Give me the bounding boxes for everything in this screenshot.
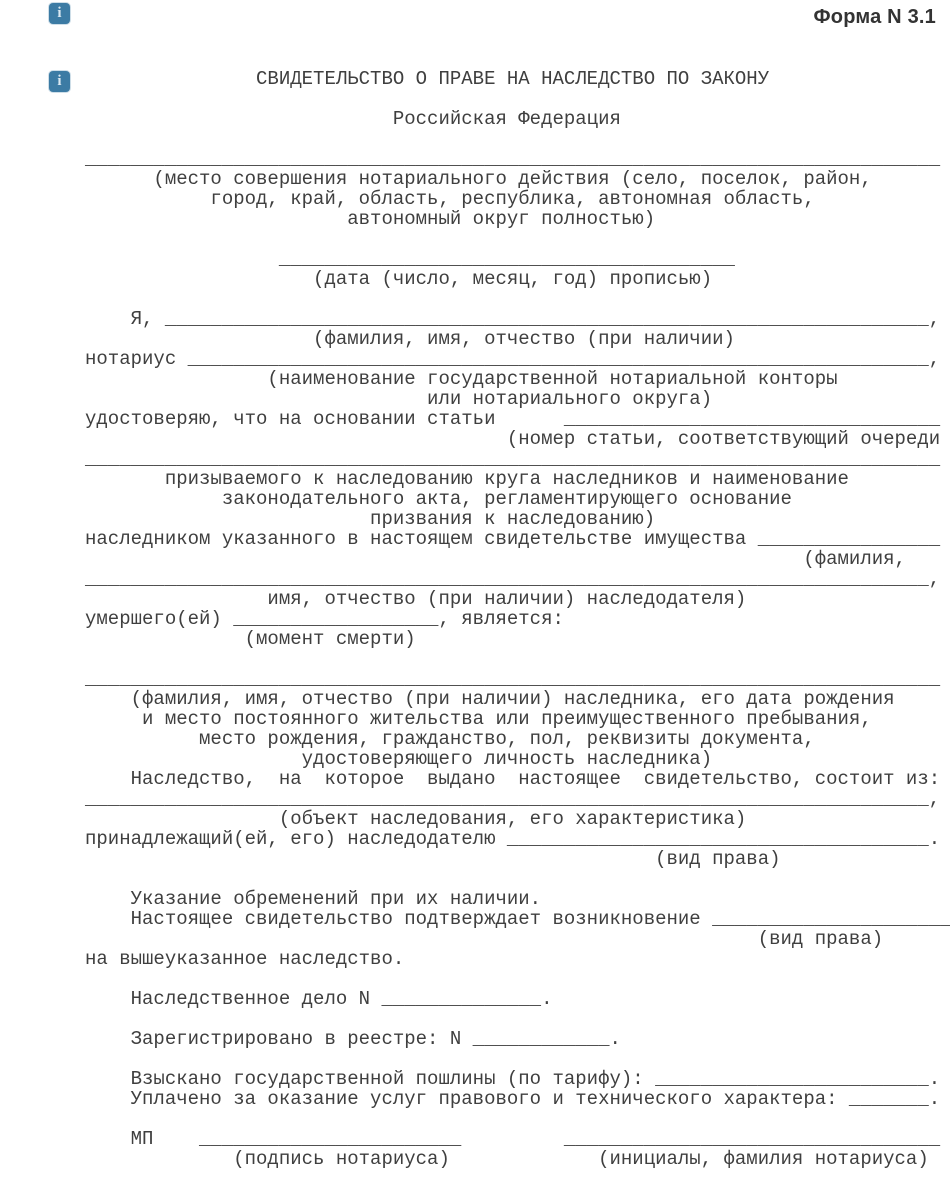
form-line: (вид права) xyxy=(85,929,950,949)
form-number-label: Форма N 3.1 xyxy=(814,6,936,29)
form-line: и место постоянного жительства или преим… xyxy=(85,709,950,729)
form-line: принадлежащий(ей, его) наследодателю ___… xyxy=(85,829,950,849)
form-line: имя, отчество (при наличии) наследодател… xyxy=(85,589,950,609)
form-line: законодательного акта, регламентирующего… xyxy=(85,489,950,509)
form-line: (фамилия, имя, отчество (при наличии) xyxy=(85,329,950,349)
form-line xyxy=(85,869,950,889)
form-line: (фамилия, xyxy=(85,549,950,569)
form-line: Указание обременений при их наличии. xyxy=(85,889,950,909)
form-line: ________________________________________ xyxy=(85,249,950,269)
form-line: ________________________________________… xyxy=(85,669,950,689)
form-line: (место совершения нотариального действия… xyxy=(85,169,950,189)
form-line: удостоверяющего личность наследника) xyxy=(85,749,950,769)
form-line: автономный округ полностью) xyxy=(85,209,950,229)
form-line: ________________________________________… xyxy=(85,569,950,589)
document-body: СВИДЕТЕЛЬСТВО О ПРАВЕ НА НАСЛЕДСТВО ПО З… xyxy=(85,69,950,1169)
form-line: или нотариального округа) xyxy=(85,389,950,409)
form-line: (момент смерти) xyxy=(85,629,950,649)
form-line: место рождения, гражданство, пол, реквиз… xyxy=(85,729,950,749)
form-line: ________________________________________… xyxy=(85,449,950,469)
form-line: на вышеуказанное наследство. xyxy=(85,949,950,969)
form-line: ________________________________________… xyxy=(85,149,950,169)
form-line xyxy=(85,1109,950,1129)
form-line: призвания к наследованию) xyxy=(85,509,950,529)
form-line: ________________________________________… xyxy=(85,789,950,809)
form-line xyxy=(85,229,950,249)
form-line: Зарегистрировано в реестре: N __________… xyxy=(85,1029,950,1049)
form-line: Настоящее свидетельство подтверждает воз… xyxy=(85,909,950,929)
form-line: нотариус _______________________________… xyxy=(85,349,950,369)
form-line xyxy=(85,1009,950,1029)
form-line: (объект наследования, его характеристика… xyxy=(85,809,950,829)
form-line xyxy=(85,649,950,669)
form-line: умершего(ей) __________________, являетс… xyxy=(85,609,950,629)
form-line: Взыскано государственной пошлины (по тар… xyxy=(85,1069,950,1089)
form-line: (вид права) xyxy=(85,849,950,869)
info-icon[interactable]: i xyxy=(49,71,70,92)
form-line: Российская Федерация xyxy=(85,109,950,129)
info-icon-glyph: i xyxy=(57,6,61,21)
form-line: Я, _____________________________________… xyxy=(85,309,950,329)
form-line: Наследственное дело N ______________. xyxy=(85,989,950,1009)
form-line: (фамилия, имя, отчество (при наличии) на… xyxy=(85,689,950,709)
form-line xyxy=(85,969,950,989)
form-line: (номер статьи, соответствующий очереди xyxy=(85,429,950,449)
info-icon-glyph: i xyxy=(57,74,61,89)
form-line: (дата (число, месяц, год) прописью) xyxy=(85,269,950,289)
form-line: (подпись нотариуса) (инициалы, фамилия н… xyxy=(85,1149,950,1169)
form-line: МП _______________________ _____________… xyxy=(85,1129,950,1149)
form-line: призываемого к наследованию круга наслед… xyxy=(85,469,950,489)
form-line xyxy=(85,1049,950,1069)
form-line: (наименование государственной нотариальн… xyxy=(85,369,950,389)
form-line: СВИДЕТЕЛЬСТВО О ПРАВЕ НА НАСЛЕДСТВО ПО З… xyxy=(85,69,950,89)
form-line: наследником указанного в настоящем свиде… xyxy=(85,529,950,549)
form-line: удостоверяю, что на основании статьи ___… xyxy=(85,409,950,429)
form-line: город, край, область, республика, автоно… xyxy=(85,189,950,209)
form-line: Уплачено за оказание услуг правового и т… xyxy=(85,1089,950,1109)
form-line xyxy=(85,129,950,149)
info-icon[interactable]: i xyxy=(49,3,70,24)
form-line: Наследство, на которое выдано настоящее … xyxy=(85,769,950,789)
form-line xyxy=(85,289,950,309)
form-line xyxy=(85,89,950,109)
